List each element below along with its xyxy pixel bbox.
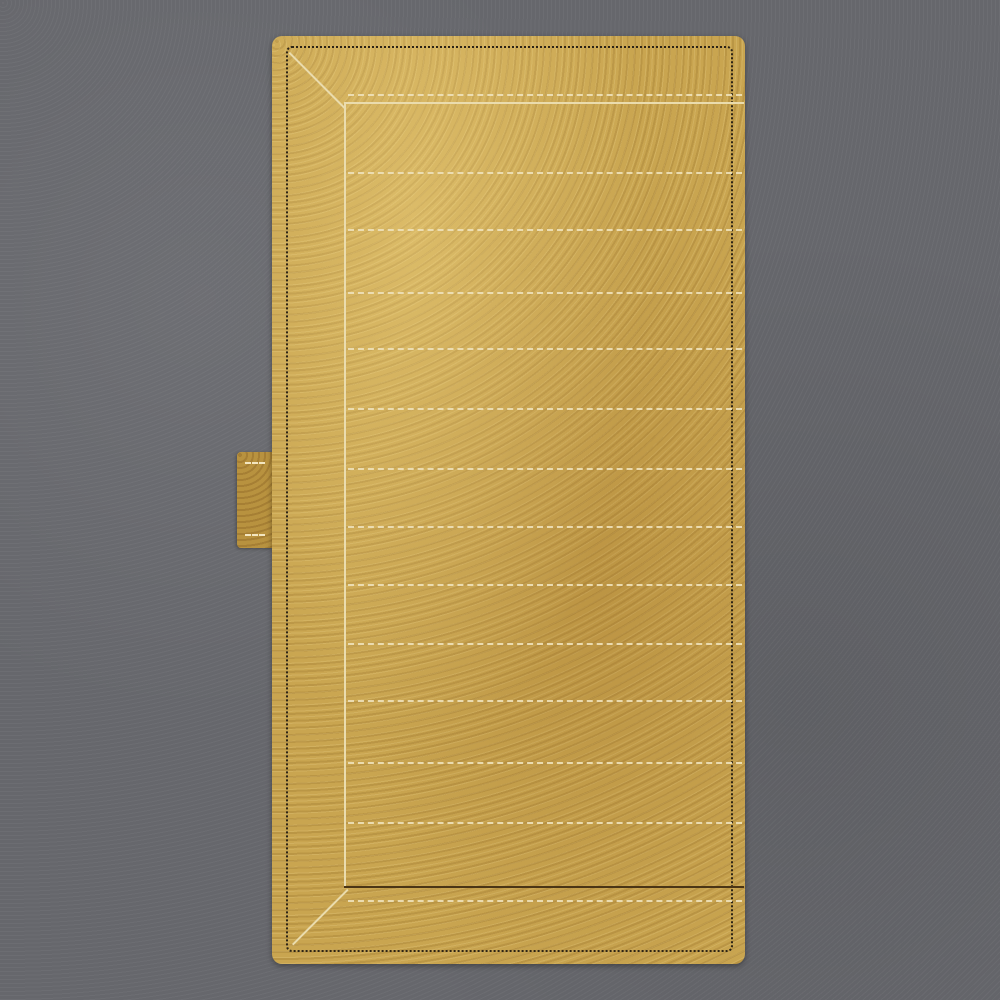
stitch-row: [348, 643, 742, 645]
stitch-row: [348, 348, 742, 350]
stitch-row: [348, 762, 742, 764]
stitch-row: [348, 94, 742, 96]
bottom-pocket-edge: [344, 886, 744, 888]
stitch-row: [348, 700, 742, 702]
stitch-row: [348, 292, 742, 294]
stitch-row: [348, 229, 742, 231]
stitch-row: [348, 584, 742, 586]
inner-panel-border: [344, 102, 744, 888]
stitch-row: [348, 900, 742, 902]
stitch-row: [348, 408, 742, 410]
stitch-row: [348, 468, 742, 470]
tab-stitch: [245, 462, 265, 464]
wallet-snap-tab: [237, 452, 273, 548]
stitch-row: [348, 172, 742, 174]
stitch-row: [348, 822, 742, 824]
stitch-row: [348, 526, 742, 528]
tab-stitch: [245, 534, 265, 536]
